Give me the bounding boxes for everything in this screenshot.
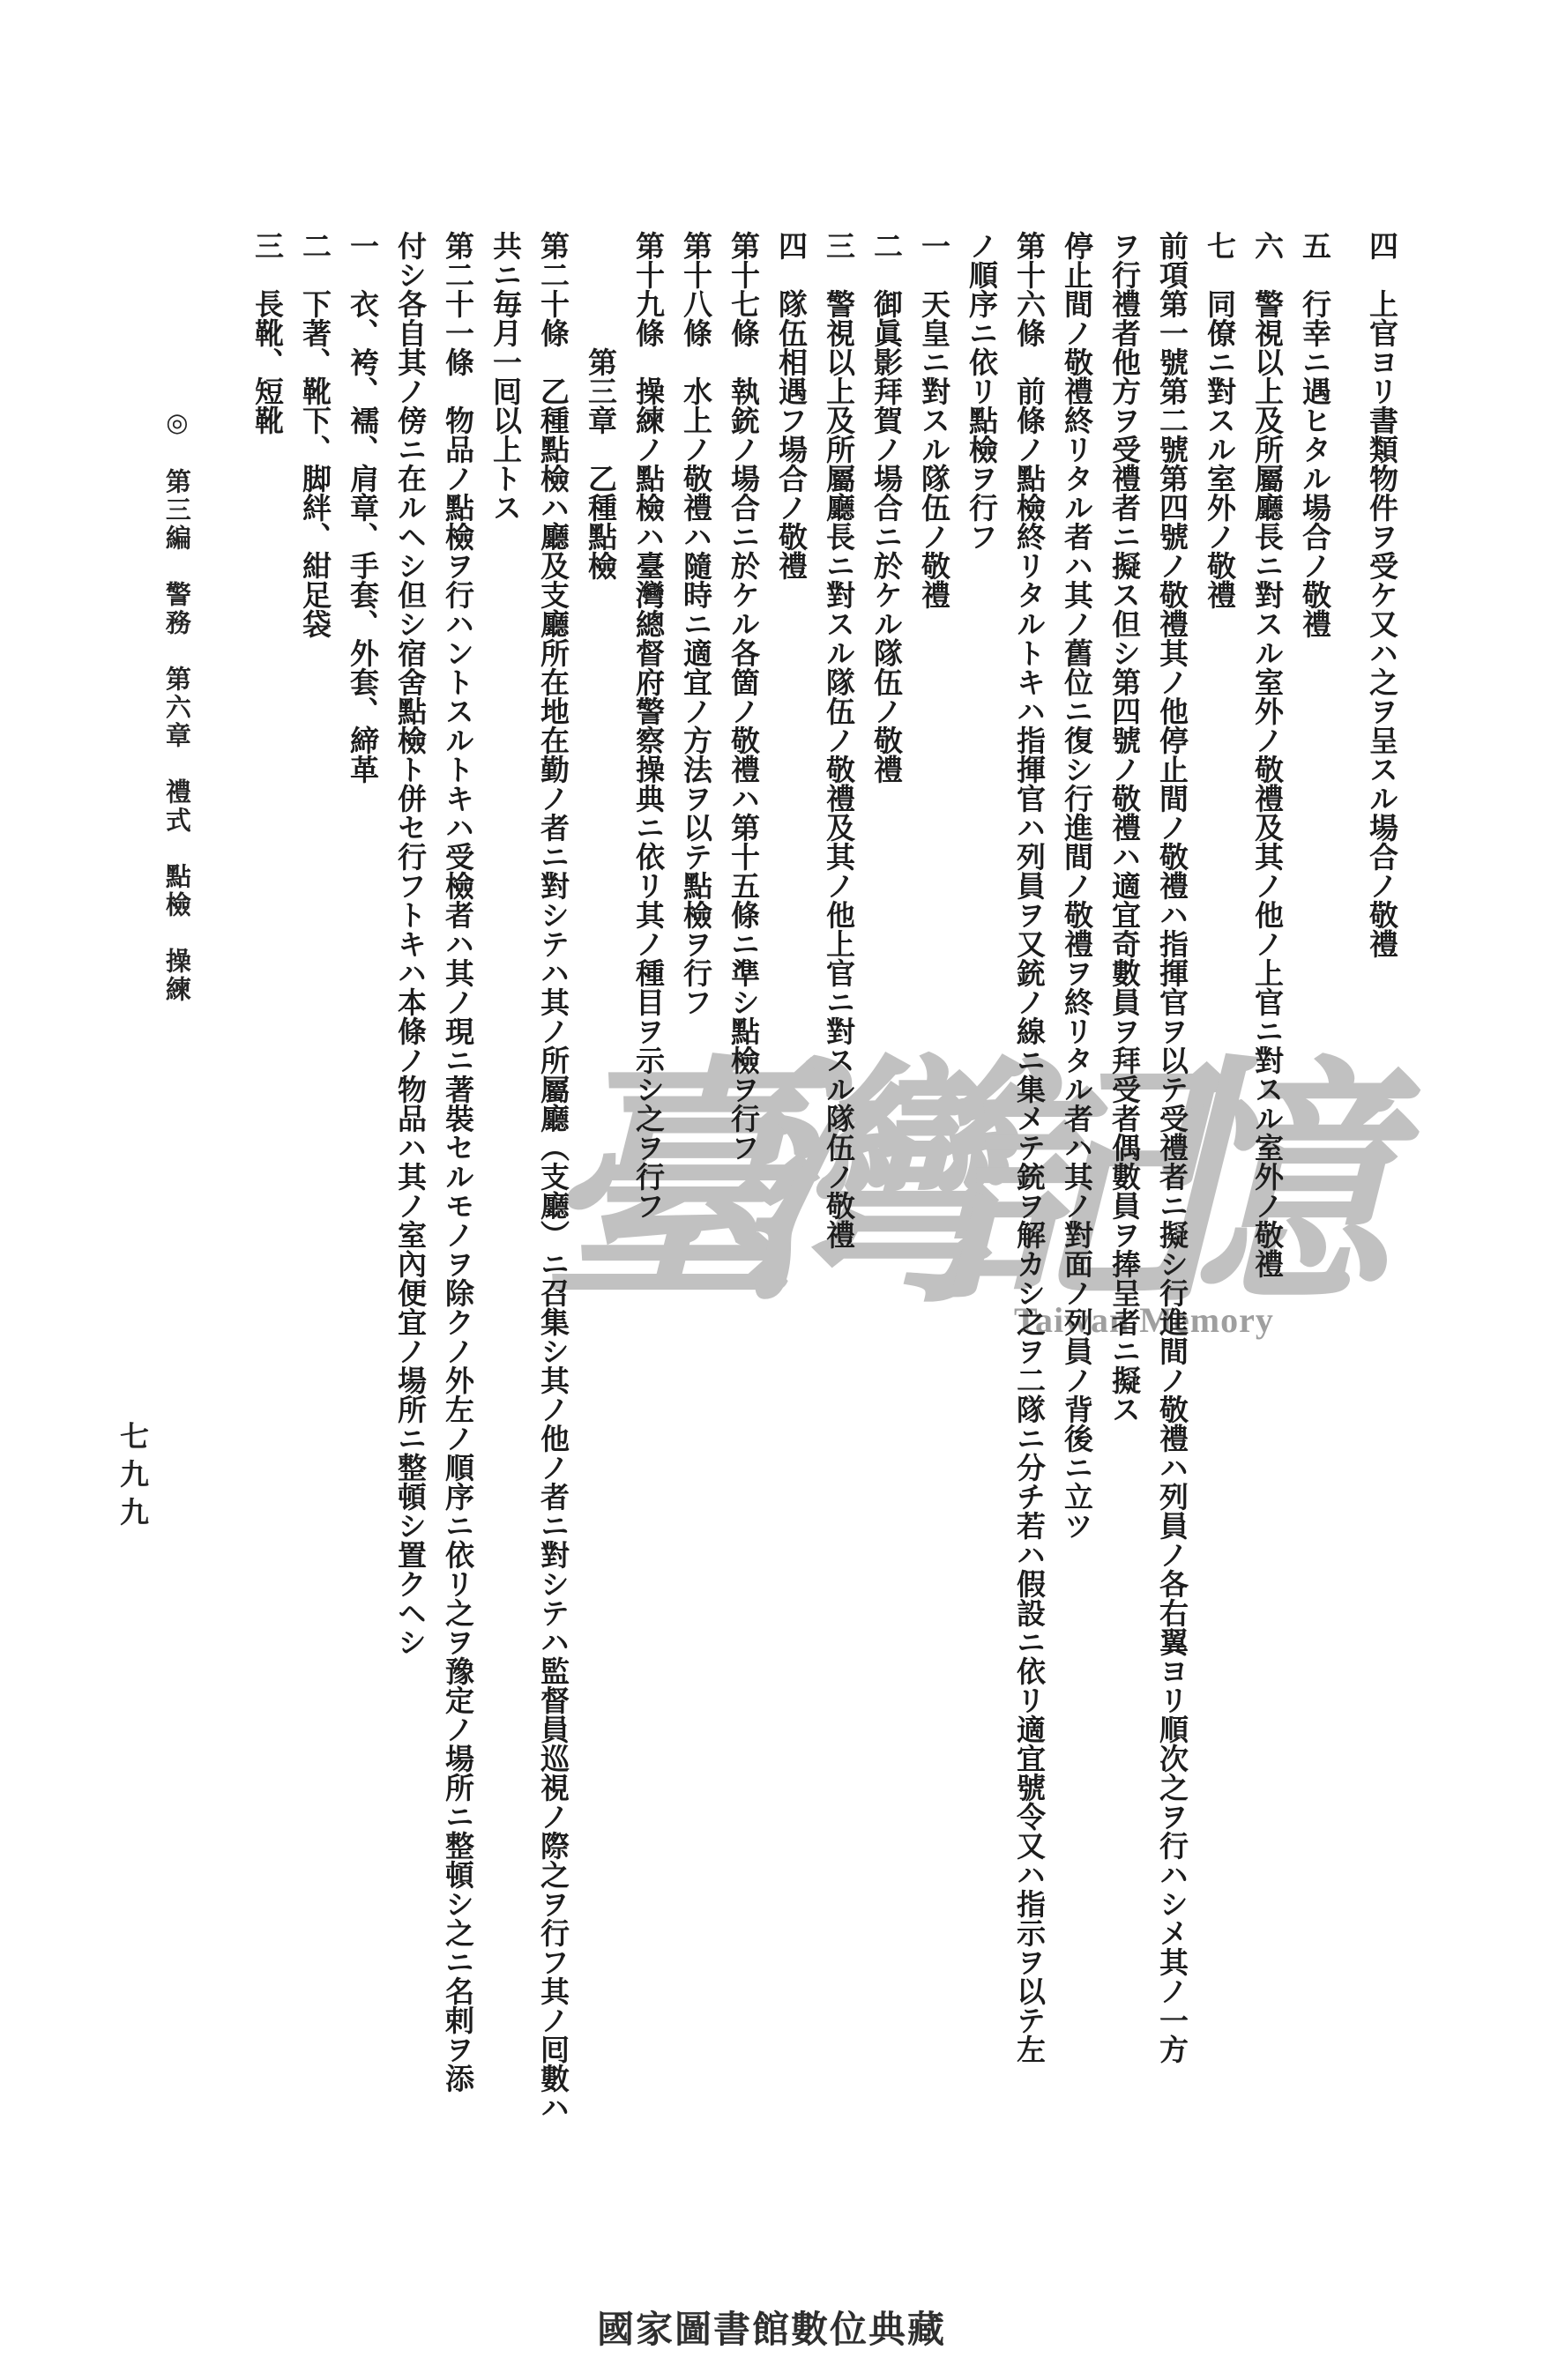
text-column: 四 上官ヨリ書類物件ヲ受ケ又ハ之ヲ呈スル場合ノ敬禮 [1357, 231, 1405, 2166]
text-column: 一 衣、袴、襦、肩章、手套、外套、締革 [338, 231, 385, 2166]
text-column: 三 警視以上及所屬廳長ニ對スル隊伍ノ敬禮及其ノ他上官ニ對スル隊伍ノ敬禮 [814, 231, 861, 2166]
text-column: 二 御眞影拜賀ノ場合ニ於ケル隊伍ノ敬禮 [861, 231, 909, 2166]
body-text-block: 四 上官ヨリ書類物件ヲ受ケ又ハ之ヲ呈スル場合ノ敬禮 五 行幸ニ遇ヒタル場合ノ敬禮… [242, 231, 1405, 2166]
text-column: 付シ各自其ノ傍ニ在ルヘシ但シ宿舍點檢ト併セ行フトキハ本條ノ物品ハ其ノ室內便宜ノ場… [385, 231, 433, 2166]
text-column: 第二十條 乙種點檢ハ廳及支廳所在地在勤ノ者ニ對シテハ其ノ所屬廳（支廳）ニ召集シ其… [528, 231, 576, 2166]
text-column: ノ順序ニ依リ點檢ヲ行フ [957, 231, 1004, 2166]
text-column: 第十九條 操練ノ點檢ハ臺灣總督府警察操典ニ依リ其ノ種目ヲ示シ之ヲ行フ [623, 231, 671, 2166]
text-column: 第二十一條 物品ノ點檢ヲ行ハントスルトキハ受檢者ハ其ノ現ニ著裝セルモノヲ除クノ外… [433, 231, 481, 2166]
page-number: 七九九 [111, 1421, 153, 1535]
text-column: 第十八條 水上ノ敬禮ハ隨時ニ適宜ノ方法ヲ以テ點檢ヲ行フ [671, 231, 719, 2166]
text-column: 五 行幸ニ遇ヒタル場合ノ敬禮 [1290, 231, 1338, 2166]
text-column: ヲ行禮者他方ヲ受禮者ニ擬ス但シ第四號ノ敬禮ハ適宜奇數員ヲ拜受者偶數員ヲ捧呈者ニ擬… [1099, 231, 1147, 2166]
scanned-page: 臺灣記憶 Taiwan Memory 四 上官ヨリ書類物件ヲ受ケ又ハ之ヲ呈スル場… [0, 0, 1543, 2380]
chapter-heading-column: 第三章 乙種點檢 [576, 231, 623, 2166]
library-stamp: 國家圖書館數位典藏 [597, 2301, 946, 2354]
text-column: 第十七條 執銃ノ場合ニ於ケル各箇ノ敬禮ハ第十五條ニ準シ點檢ヲ行フ [719, 231, 766, 2166]
text-column: 七 同僚ニ對スル室外ノ敬禮 [1195, 231, 1242, 2166]
text-column: 二 下著、靴下、脚絆、紺足袋 [290, 231, 338, 2166]
text-column: 三 長靴、短靴 [242, 231, 290, 2166]
text-column: 四 隊伍相遇フ場合ノ敬禮 [766, 231, 814, 2166]
text-column: 共ニ毎月一囘以上トス [481, 231, 528, 2166]
text-column: 一 天皇ニ對スル隊伍ノ敬禮 [909, 231, 957, 2166]
text-column: 第十六條 前條ノ點檢終リタルトキハ指揮官ハ列員ヲ又銃ノ線ニ集メテ銃ヲ解カシ之ヲ二… [1004, 231, 1052, 2166]
text-column: 前項第一號第二號第四號ノ敬禮其ノ他停止間ノ敬禮ハ指揮官ヲ以テ受禮者ニ擬シ行進間ノ… [1147, 231, 1195, 2166]
running-head: ◎ 第三編 警務 第六章 禮式 點檢 操練 [161, 407, 190, 1004]
text-column: 停止間ノ敬禮終リタル者ハ其ノ舊位ニ復シ行進間ノ敬禮ヲ終リタル者ハ其ノ對面ノ列員ノ… [1052, 231, 1099, 2166]
text-column: 六 警視以上及所屬廳長ニ對スル室外ノ敬禮及其ノ他ノ上官ニ對スル室外ノ敬禮 [1242, 231, 1290, 2166]
